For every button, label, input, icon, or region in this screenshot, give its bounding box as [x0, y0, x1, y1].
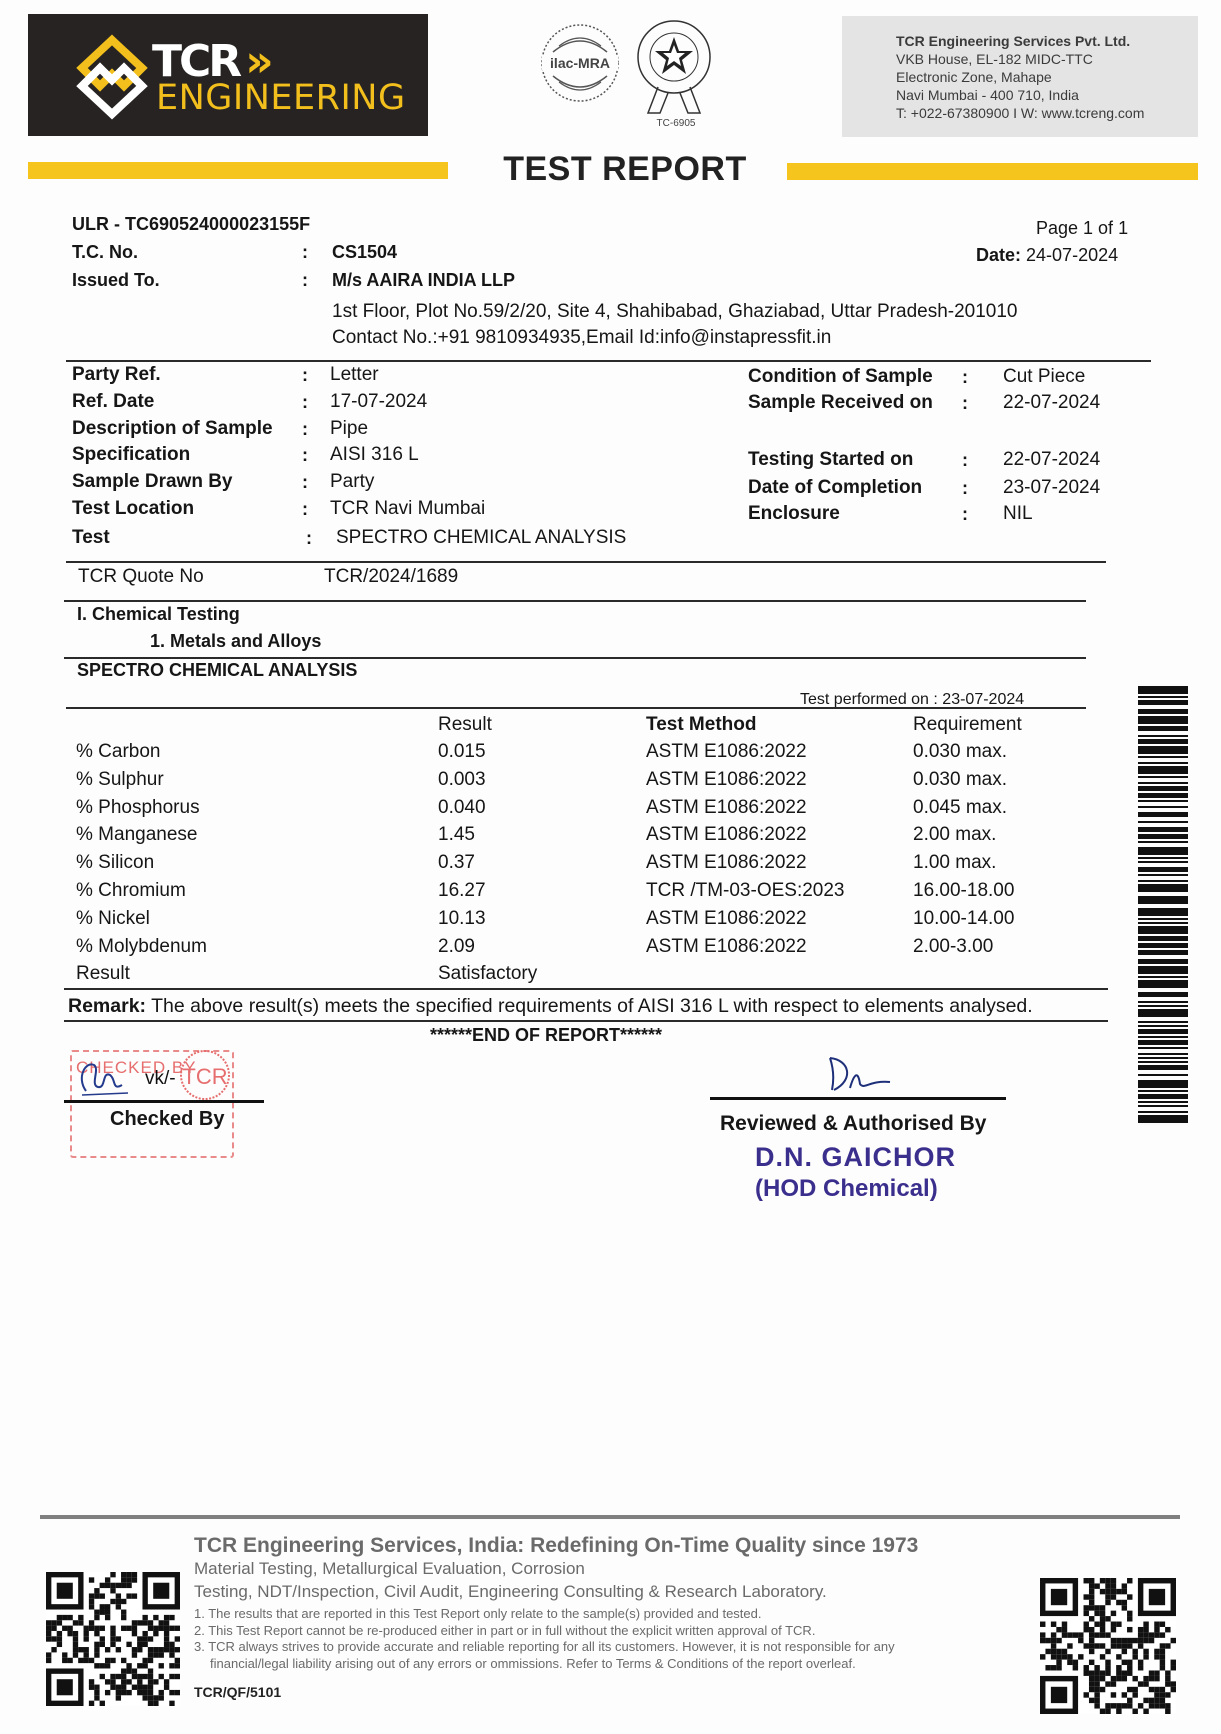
checker-initials: vk/-	[145, 1068, 176, 1090]
element-requirement: 16.00-18.00	[913, 880, 1014, 902]
svg-text:ilac-MRA: ilac-MRA	[550, 55, 610, 71]
element-name: % Phosphorus	[76, 797, 200, 819]
colon: :	[302, 270, 308, 290]
ulr-number: ULR - TC690524000023155F	[72, 214, 310, 234]
reviewer-signature-icon	[820, 1050, 900, 1095]
company-name: TCR Engineering Services Pvt. Ltd.	[896, 32, 1198, 50]
end-of-report: ******END OF REPORT******	[430, 1025, 662, 1046]
detail-value: SPECTRO CHEMICAL ANALYSIS	[336, 528, 626, 548]
detail-label: Test Location	[72, 499, 194, 519]
nabl-seal-icon	[632, 17, 716, 117]
reviewer-role: (HOD Chemical)	[755, 1175, 938, 1203]
footer-notes: 1. The results that are reported in this…	[194, 1606, 1054, 1672]
detail-value: 22-07-2024	[1003, 450, 1100, 470]
detail-label: Party Ref.	[72, 365, 161, 385]
colon: :	[306, 528, 312, 548]
table-header-row: Result Test Method Requirement	[0, 714, 1221, 742]
detail-value: 22-07-2024	[1003, 393, 1100, 413]
column-header-test-method: Test Method	[646, 714, 756, 736]
colon: :	[962, 393, 968, 413]
svg-text:TCR: TCR	[182, 1064, 227, 1089]
element-test-method: ASTM E1086:2022	[646, 769, 807, 791]
detail-label: Testing Started on	[748, 450, 913, 470]
issued-to-name: M/s AAIRA INDIA LLP	[332, 270, 515, 290]
element-result: 2.09	[438, 936, 475, 958]
detail-value: Pipe	[330, 419, 368, 439]
company-address-box: TCR Engineering Services Pvt. Ltd. VKB H…	[842, 16, 1198, 137]
detail-label: Sample Received on	[748, 393, 933, 413]
colon: :	[302, 445, 308, 465]
colon: :	[962, 367, 968, 387]
qr-code-right-icon	[1040, 1578, 1176, 1714]
detail-value: 17-07-2024	[330, 392, 427, 412]
address-line: Navi Mumbai - 400 710, India	[896, 86, 1198, 104]
company-logo: TCR» ENGINEERING	[28, 14, 428, 136]
colon: :	[302, 472, 308, 492]
overall-result-label: Result	[76, 963, 130, 985]
divider	[66, 561, 1106, 563]
element-result: 0.040	[438, 797, 486, 819]
divider	[66, 707, 1086, 709]
logo-subtitle: ENGINEERING	[156, 78, 406, 118]
element-test-method: ASTM E1086:2022	[646, 824, 807, 846]
footer-note: 1. The results that are reported in this…	[194, 1606, 1054, 1623]
colon: :	[302, 419, 308, 439]
element-name: % Manganese	[76, 824, 197, 846]
tc-no-label: T.C. No.	[72, 242, 138, 262]
divider	[64, 600, 1086, 602]
table-row: % Carbon 0.015 ASTM E1086:2022 0.030 max…	[0, 741, 1221, 769]
detail-label: Condition of Sample	[748, 367, 933, 387]
colon: :	[962, 478, 968, 498]
element-requirement: 0.030 max.	[913, 741, 1007, 763]
detail-label: Enclosure	[748, 504, 840, 524]
footer-services-line: Testing, NDT/Inspection, Civil Audit, En…	[194, 1582, 827, 1602]
element-result: 10.13	[438, 908, 486, 930]
colon: :	[302, 365, 308, 385]
table-row: % Chromium 16.27 TCR /TM-03-OES:2023 16.…	[0, 880, 1221, 908]
company-contact: T: +022-67380900 I W: www.tcreng.com	[896, 104, 1198, 122]
table-row: % Molybdenum 2.09 ASTM E1086:2022 2.00-3…	[0, 936, 1221, 964]
title-bar-right	[787, 163, 1198, 180]
table-row: % Sulphur 0.003 ASTM E1086:2022 0.030 ma…	[0, 769, 1221, 797]
colon: :	[962, 504, 968, 524]
form-code: TCR/QF/5101	[194, 1684, 281, 1700]
colon: :	[962, 450, 968, 470]
element-result: 0.003	[438, 769, 486, 791]
remark: Remark: The above result(s) meets the sp…	[68, 995, 1033, 1018]
element-name: % Chromium	[76, 880, 186, 902]
reviewed-by-label: Reviewed & Authorised By	[720, 1112, 986, 1136]
checked-by-label: Checked By	[110, 1108, 225, 1131]
page-number: Page 1 of 1	[1036, 218, 1128, 238]
divider	[64, 988, 1108, 990]
detail-label: Test	[72, 528, 110, 548]
element-test-method: ASTM E1086:2022	[646, 797, 807, 819]
table-row: % Phosphorus 0.040 ASTM E1086:2022 0.045…	[0, 797, 1221, 825]
issued-to-contact: Contact No.:+91 9810934935,Email Id:info…	[332, 328, 831, 348]
element-requirement: 10.00-14.00	[913, 908, 1014, 930]
address-line: Electronic Zone, Mahape	[896, 68, 1198, 86]
element-test-method: ASTM E1086:2022	[646, 936, 807, 958]
tc-no-value: CS1504	[332, 242, 397, 262]
analysis-title: SPECTRO CHEMICAL ANALYSIS	[77, 660, 357, 680]
quote-value: TCR/2024/1689	[324, 567, 458, 587]
detail-label: Ref. Date	[72, 392, 154, 412]
colon: :	[302, 392, 308, 412]
detail-label: Date of Completion	[748, 478, 922, 498]
footer-services-line: Material Testing, Metallurgical Evaluati…	[194, 1559, 585, 1579]
element-test-method: TCR /TM-03-OES:2023	[646, 880, 845, 902]
detail-value: 23-07-2024	[1003, 478, 1100, 498]
element-requirement: 2.00 max.	[913, 824, 996, 846]
colon: :	[302, 499, 308, 519]
colon: :	[302, 242, 308, 262]
detail-label: Sample Drawn By	[72, 472, 233, 492]
element-name: % Nickel	[76, 908, 150, 930]
footer-tagline: TCR Engineering Services, India: Redefin…	[194, 1534, 918, 1558]
column-header-result: Result	[438, 714, 492, 736]
detail-label: Description of Sample	[72, 419, 273, 439]
detail-label: Specification	[72, 445, 190, 465]
section-heading: I. Chemical Testing	[77, 604, 240, 624]
element-requirement: 0.030 max.	[913, 769, 1007, 791]
footer-note: financial/legal liability arising out of…	[194, 1656, 1054, 1673]
quote-label: TCR Quote No	[78, 567, 204, 587]
detail-value: Party	[330, 472, 374, 492]
column-header-requirement: Requirement	[913, 714, 1022, 736]
table-row: % Nickel 10.13 ASTM E1086:2022 10.00-14.…	[0, 908, 1221, 936]
element-requirement: 2.00-3.00	[913, 936, 993, 958]
report-date: Date: 24-07-2024	[976, 245, 1118, 265]
divider	[64, 657, 1086, 659]
element-result: 0.37	[438, 852, 475, 874]
element-result: 16.27	[438, 880, 486, 902]
overall-result-value: Satisfactory	[438, 963, 537, 985]
detail-value: NIL	[1003, 504, 1033, 524]
issued-to-label: Issued To.	[72, 270, 160, 290]
footer-divider	[40, 1515, 1180, 1519]
address-line: VKB House, EL-182 MIDC-TTC	[896, 50, 1198, 68]
element-test-method: ASTM E1086:2022	[646, 741, 807, 763]
checker-signature-icon	[72, 1055, 132, 1099]
tcr-seal-icon: TCR	[178, 1048, 232, 1102]
element-name: % Carbon	[76, 741, 161, 763]
table-row: % Manganese 1.45 ASTM E1086:2022 2.00 ma…	[0, 824, 1221, 852]
element-name: % Silicon	[76, 852, 154, 874]
element-result: 1.45	[438, 824, 475, 846]
divider	[64, 1020, 1108, 1022]
element-test-method: ASTM E1086:2022	[646, 852, 807, 874]
table-row: % Silicon 0.37 ASTM E1086:2022 1.00 max.	[0, 852, 1221, 880]
nabl-certificate-code: TC-6905	[640, 118, 712, 129]
element-name: % Molybdenum	[76, 936, 207, 958]
reviewer-name: D.N. GAICHOR	[755, 1142, 956, 1173]
footer-note: 3. TCR always strives to provide accurat…	[194, 1639, 1054, 1656]
element-requirement: 1.00 max.	[913, 852, 996, 874]
title-bar-left	[28, 162, 448, 179]
section-subheading: 1. Metals and Alloys	[150, 631, 321, 651]
signature-line	[710, 1097, 1006, 1100]
detail-value: AISI 316 L	[330, 445, 419, 465]
detail-value: Letter	[330, 365, 379, 385]
detail-value: Cut Piece	[1003, 367, 1085, 387]
table-summary-row: Result Satisfactory	[0, 963, 1221, 991]
footer-note: 2. This Test Report cannot be re-produce…	[194, 1623, 1054, 1640]
ilac-mra-seal-icon: ilac-MRA	[539, 22, 621, 104]
element-result: 0.015	[438, 741, 486, 763]
issued-to-address: 1st Floor, Plot No.59/2/20, Site 4, Shah…	[332, 302, 1018, 322]
barcode-icon	[1138, 686, 1188, 1126]
element-requirement: 0.045 max.	[913, 797, 1007, 819]
element-test-method: ASTM E1086:2022	[646, 908, 807, 930]
divider	[66, 360, 1151, 362]
detail-value: TCR Navi Mumbai	[330, 499, 485, 519]
qr-code-left-icon	[46, 1572, 180, 1706]
signature-line	[64, 1100, 264, 1103]
page-title: TEST REPORT	[470, 150, 780, 189]
logo-diamond-icon	[62, 32, 162, 122]
element-name: % Sulphur	[76, 769, 164, 791]
